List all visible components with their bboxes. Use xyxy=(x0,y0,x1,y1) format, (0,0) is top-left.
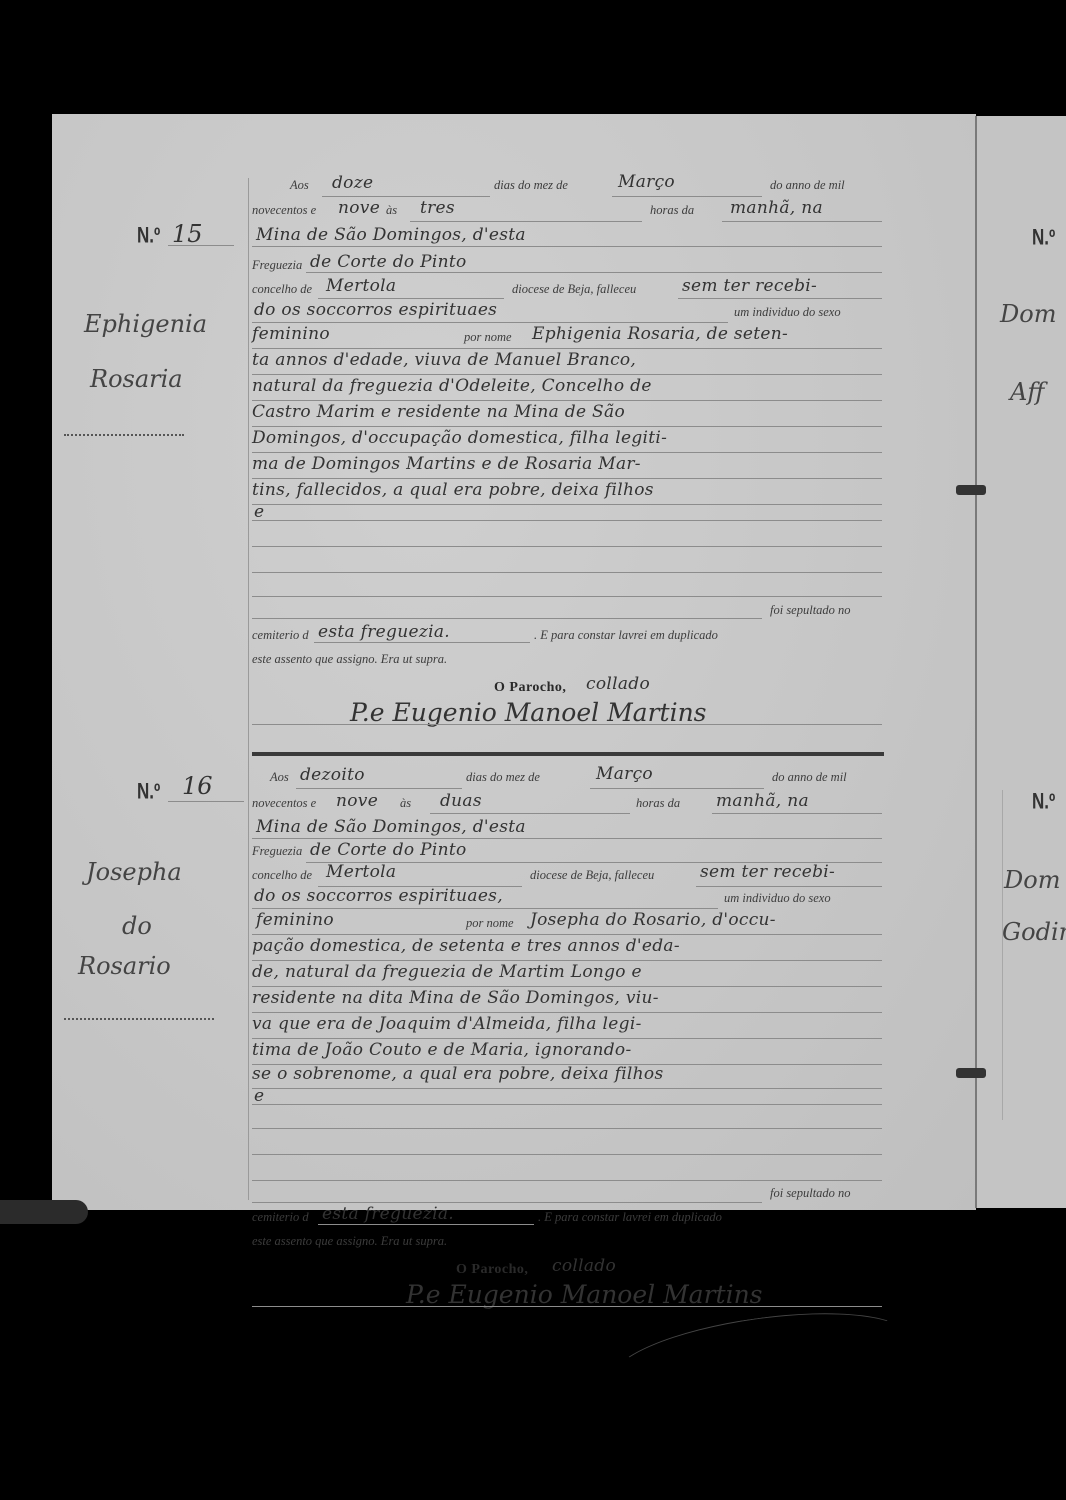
rule xyxy=(252,246,882,247)
rule xyxy=(252,596,882,597)
label-as: às xyxy=(400,796,411,811)
margin-name-last: Rosaria xyxy=(90,365,183,393)
rule xyxy=(318,1224,534,1225)
rule xyxy=(322,196,490,197)
field-name: Ephigenia Rosaria, de seten- xyxy=(532,324,788,344)
body-line: Castro Marim e residente na Mina de São xyxy=(252,402,625,422)
rule xyxy=(252,908,718,909)
body-line: e xyxy=(254,1086,264,1106)
rule xyxy=(612,196,762,197)
rule xyxy=(252,1128,882,1129)
facing-margin-name: Dom xyxy=(1000,300,1056,328)
field-period: manhã, na xyxy=(716,791,809,811)
label-parocho: O Parocho, xyxy=(494,680,566,696)
label-individuo: um individuo do sexo xyxy=(724,891,831,906)
rule xyxy=(252,1180,882,1181)
rule xyxy=(678,298,882,299)
field-name: Josepha do Rosario, d'occu- xyxy=(530,910,776,930)
margin-squiggle xyxy=(64,1012,214,1020)
rule xyxy=(696,886,882,887)
body-line: natural da freguezia d'Odeleite, Concelh… xyxy=(252,376,652,396)
field-parocho-title: collado xyxy=(552,1256,616,1276)
rule xyxy=(252,572,882,573)
rule xyxy=(168,245,234,246)
label-e-para-constar: . E para constar lavrei em duplicado xyxy=(538,1210,722,1225)
field-parish: de Corte do Pinto xyxy=(310,252,467,272)
field-hour: duas xyxy=(440,791,482,811)
rule xyxy=(590,788,764,789)
label-cemiterio: cemiterio d xyxy=(252,1210,309,1225)
rule xyxy=(252,504,882,505)
rule xyxy=(252,348,882,349)
label-anno: do anno de mil xyxy=(770,178,845,193)
margin-name-first: Ephigenia xyxy=(84,310,207,338)
facing-margin-rule xyxy=(1002,790,1003,1120)
field-death-clause-2: do os soccorros espirituaes, xyxy=(254,886,503,906)
rule xyxy=(252,960,882,961)
binding-staple-bottom xyxy=(956,1068,986,1078)
rule xyxy=(252,986,882,987)
field-death-clause-1: sem ter recebi- xyxy=(682,276,817,296)
margin-name-last: Rosario xyxy=(78,952,171,980)
rule xyxy=(314,642,530,643)
rule xyxy=(252,724,882,725)
field-month: Março xyxy=(596,764,653,784)
label-individuo: um individuo do sexo xyxy=(734,305,841,320)
label-diocese: diocese de Beja, falleceu xyxy=(530,868,654,883)
field-place: Mina de São Domingos, d'esta xyxy=(256,817,526,837)
body-line: se o sobrenome, a qual era pobre, deixa … xyxy=(252,1064,663,1084)
rule xyxy=(712,813,882,814)
label-aos: Aos xyxy=(270,770,289,785)
rule xyxy=(252,838,882,839)
binding-clip xyxy=(0,1200,88,1224)
parocho-signature: P.e Eugenio Manoel Martins xyxy=(406,1280,763,1309)
rule xyxy=(252,400,882,401)
field-period: manhã, na xyxy=(730,198,823,218)
body-line: pação domestica, de setenta e tres annos… xyxy=(252,936,680,956)
rule xyxy=(252,520,882,521)
label-novecentos: novecentos e xyxy=(252,796,316,811)
field-year: nove xyxy=(338,198,380,218)
body-line: ma de Domingos Martins e de Rosaria Mar- xyxy=(252,454,641,474)
label-dias: dias do mez de xyxy=(494,178,568,193)
field-day: doze xyxy=(332,173,373,193)
field-month: Março xyxy=(618,172,675,192)
parocho-signature: P.e Eugenio Manoel Martins xyxy=(350,698,707,727)
rule xyxy=(252,374,882,375)
label-diocese: diocese de Beja, falleceu xyxy=(512,282,636,297)
margin-squiggle xyxy=(64,428,184,436)
facing-page xyxy=(976,116,1066,1208)
facing-number-label: N.º xyxy=(1032,225,1055,251)
margin-name-middle: do xyxy=(122,912,152,940)
field-cemetery: esta freguezia. xyxy=(322,1204,454,1224)
label-novecentos: novecentos e xyxy=(252,203,316,218)
label-anno: do anno de mil xyxy=(772,770,847,785)
rule xyxy=(252,1104,882,1105)
rule xyxy=(252,478,882,479)
field-parocho-title: collado xyxy=(586,674,650,694)
margin-rule xyxy=(248,178,249,1200)
label-sepultado: foi sepultado no xyxy=(770,1186,851,1201)
facing-margin-name: Aff xyxy=(1010,378,1044,406)
margin-name-first: Josepha xyxy=(86,858,182,886)
field-municipality: Mertola xyxy=(326,276,396,296)
entry-number: 16 xyxy=(182,772,213,800)
field-parish: de Corte do Pinto xyxy=(310,840,467,860)
label-horas: horas da xyxy=(650,203,694,218)
label-concelho: concelho de xyxy=(252,868,312,883)
page-fold xyxy=(975,116,977,1208)
label-concelho: concelho de xyxy=(252,282,312,297)
label-este-assento: este assento que assigno. Era ut supra. xyxy=(252,1234,447,1249)
label-este-assento: este assento que assigno. Era ut supra. xyxy=(252,652,447,667)
label-parocho: O Parocho, xyxy=(456,1262,528,1278)
rule xyxy=(430,813,630,814)
field-place: Mina de São Domingos, d'esta xyxy=(256,225,526,245)
rule xyxy=(722,221,882,222)
body-line: ta annos d'edade, viuva de Manuel Branco… xyxy=(252,350,636,370)
label-dias: dias do mez de xyxy=(466,770,540,785)
label-por-nome: por nome xyxy=(466,916,514,931)
rule xyxy=(252,1306,882,1307)
rule xyxy=(410,221,642,222)
rule xyxy=(296,788,462,789)
rule xyxy=(252,1154,882,1155)
field-year: nove xyxy=(336,791,378,811)
field-death-clause-2: do os soccorros espirituaes xyxy=(254,300,497,320)
facing-number-label: N.º xyxy=(1032,789,1055,815)
field-day: dezoito xyxy=(300,765,365,785)
label-aos: Aos xyxy=(290,178,309,193)
label-por-nome: por nome xyxy=(464,330,512,345)
rule xyxy=(252,1038,882,1039)
body-line: tima de João Couto e de Maria, ignorando… xyxy=(252,1040,632,1060)
rule xyxy=(252,1088,882,1089)
rule xyxy=(252,1202,762,1203)
rule xyxy=(252,618,762,619)
field-municipality: Mertola xyxy=(326,862,396,882)
body-line: tins, fallecidos, a qual era pobre, deix… xyxy=(252,480,654,500)
label-e-para-constar: . E para constar lavrei em duplicado xyxy=(534,628,718,643)
label-cemiterio: cemiterio d xyxy=(252,628,309,643)
rule xyxy=(252,1012,882,1013)
rule xyxy=(168,801,244,802)
label-freguezia: Freguezia xyxy=(252,258,302,273)
field-cemetery: esta freguezia. xyxy=(318,622,450,642)
signature-flourish xyxy=(606,1297,916,1420)
rule xyxy=(252,322,728,323)
facing-margin-name: Dom xyxy=(1004,866,1060,894)
body-line: e xyxy=(254,502,264,522)
facing-margin-name: Godin xyxy=(1002,918,1066,946)
body-line: residente na dita Mina de São Domingos, … xyxy=(252,988,659,1008)
rule xyxy=(252,934,882,935)
binding-staple-top xyxy=(956,485,986,495)
rule xyxy=(318,298,504,299)
field-sex: feminino xyxy=(256,910,334,930)
rule xyxy=(252,546,882,547)
label-horas: horas da xyxy=(636,796,680,811)
rule xyxy=(306,272,882,273)
entry-divider xyxy=(252,752,884,756)
field-death-clause-1: sem ter recebi- xyxy=(700,862,835,882)
entry-number: 15 xyxy=(172,220,203,248)
label-as: às xyxy=(386,203,397,218)
body-line: de, natural da freguezia de Martim Longo… xyxy=(252,962,642,982)
field-hour: tres xyxy=(420,198,455,218)
body-line: Domingos, d'occupação domestica, filha l… xyxy=(252,428,667,448)
label-freguezia: Freguezia xyxy=(252,844,302,859)
body-line: va que era de Joaquim d'Almeida, filha l… xyxy=(252,1014,642,1034)
field-sex: feminino xyxy=(252,324,330,344)
rule xyxy=(252,452,882,453)
rule xyxy=(252,426,882,427)
label-sepultado: foi sepultado no xyxy=(770,603,851,618)
entry-number-label: N.º xyxy=(137,779,160,805)
entry-number-label: N.º xyxy=(137,223,160,249)
